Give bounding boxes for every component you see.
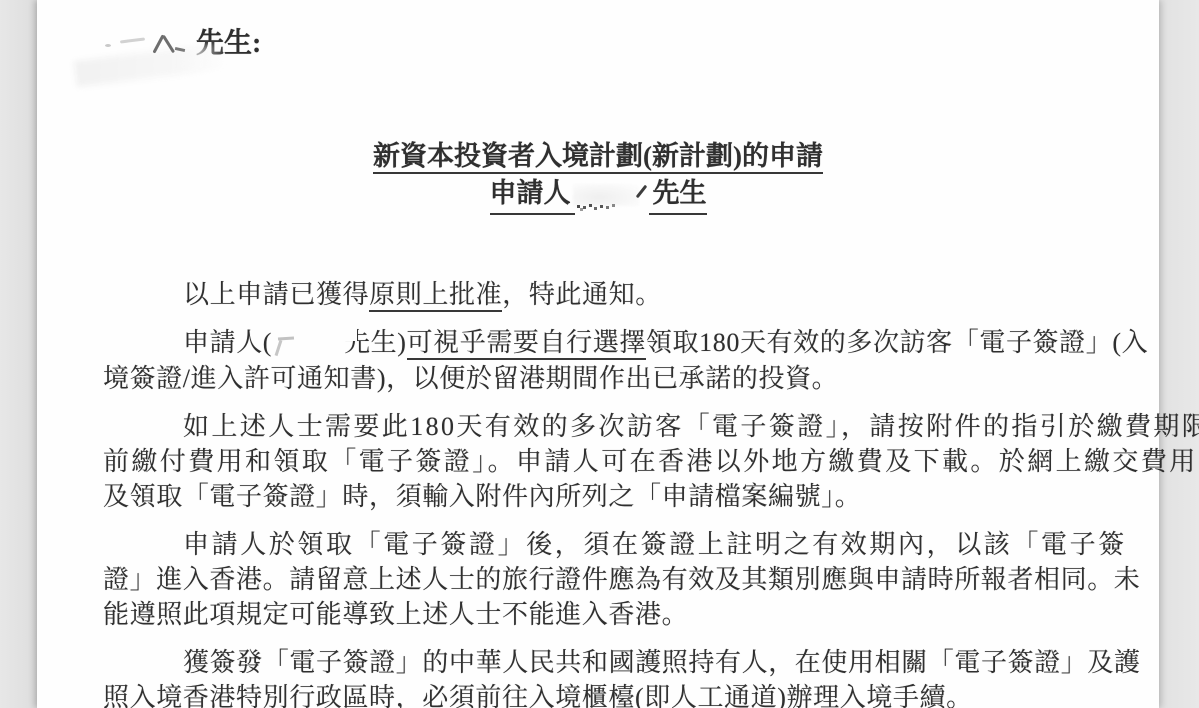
document-page: 先生: 新資本投資者入境計劃(新計劃)的申請 申請人先生 以上申請已獲得原則上批… bbox=[37, 0, 1159, 708]
letter-title: 新資本投資者入境計劃(新計劃)的申請 申請人先生 bbox=[103, 138, 1159, 215]
title-line-1: 新資本投資者入境計劃(新計劃)的申請 bbox=[103, 138, 1093, 175]
redacted-recipient-name bbox=[103, 26, 189, 62]
redacted-name-in-parens bbox=[272, 331, 344, 361]
partially-erased-honorific: 先生) bbox=[344, 328, 406, 357]
scanned-letter-background: 先生: 新資本投資者入境計劃(新計劃)的申請 申請人先生 以上申請已獲得原則上批… bbox=[0, 0, 1199, 708]
title-line-2: 申請人先生 bbox=[103, 175, 1093, 215]
applicant-label: 申請人 bbox=[490, 178, 571, 208]
letter-body: 以上申請已獲得原則上批准，特此通知。 申請人(先生)可視乎需要自行選擇領取180… bbox=[103, 277, 1159, 708]
body-line: 獲簽發「電子簽證」的中華人民共和國護照持有人，在使用相關「電子簽證」及護 bbox=[103, 645, 1159, 680]
redacted-applicant-name bbox=[571, 182, 653, 212]
paragraph-prc-passport-holders: 獲簽發「電子簽證」的中華人民共和國護照持有人，在使用相關「電子簽證」及護 照入境… bbox=[103, 645, 1159, 708]
title-line-2-text: 申請人先生 bbox=[490, 175, 707, 215]
paragraph-entry-validity: 申請人於領取「電子簽證」後，須在簽證上註明之有效期內，以該「電子簽 證」進入香港… bbox=[103, 527, 1159, 632]
paragraph-evisa-option: 申請人(先生)可視乎需要自行選擇領取180天有效的多次訪客「電子簽證」(入 境簽… bbox=[103, 325, 1159, 396]
underlined-phrase-approval: 原則上批准 bbox=[369, 280, 502, 312]
salutation-line: 先生: bbox=[103, 26, 1159, 62]
body-line: 照入境香港特別行政區時，必須前往入境櫃檯(即人工通道)辦理入境手續。 bbox=[103, 680, 1159, 708]
body-line: 及領取「電子簽證」時，須輸入附件內所列之「申請檔案編號」。 bbox=[103, 479, 1159, 514]
body-line: 能遵照此項規定可能導致上述人士不能進入香港。 bbox=[103, 597, 1159, 632]
title-line-1-text: 新資本投資者入境計劃(新計劃)的申請 bbox=[373, 141, 823, 174]
body-line: 以上申請已獲得原則上批准，特此通知。 bbox=[103, 277, 1159, 312]
body-line: 前繳付費用和領取「電子簽證」。申請人可在香港以外地方繳費及下載。於網上繳交費用 bbox=[103, 444, 1159, 479]
body-line: 證」進入香港。請留意上述人士的旅行證件應為有效及其類別應與申請時所報者相同。未 bbox=[103, 562, 1159, 597]
body-line: 如上述人士需要此180天有效的多次訪客「電子簽證」，請按附件的指引於繳費期限 bbox=[103, 409, 1159, 444]
applicant-honorific: 先生 bbox=[653, 178, 707, 208]
body-line: 申請人於領取「電子簽證」後，須在簽證上註明之有效期內，以該「電子簽 bbox=[103, 527, 1159, 562]
underlined-phrase-choose: 可視乎需要自行選擇 bbox=[407, 328, 646, 360]
body-line: 申請人(先生)可視乎需要自行選擇領取180天有效的多次訪客「電子簽證」(入 bbox=[103, 325, 1159, 361]
body-line: 境簽證/進入許可通知書)，以便於留港期間作出已承諾的投資。 bbox=[103, 361, 1159, 396]
paragraph-payment-instructions: 如上述人士需要此180天有效的多次訪客「電子簽證」，請按附件的指引於繳費期限 前… bbox=[103, 409, 1159, 514]
paragraph-approval-notice: 以上申請已獲得原則上批准，特此通知。 bbox=[103, 277, 1159, 312]
